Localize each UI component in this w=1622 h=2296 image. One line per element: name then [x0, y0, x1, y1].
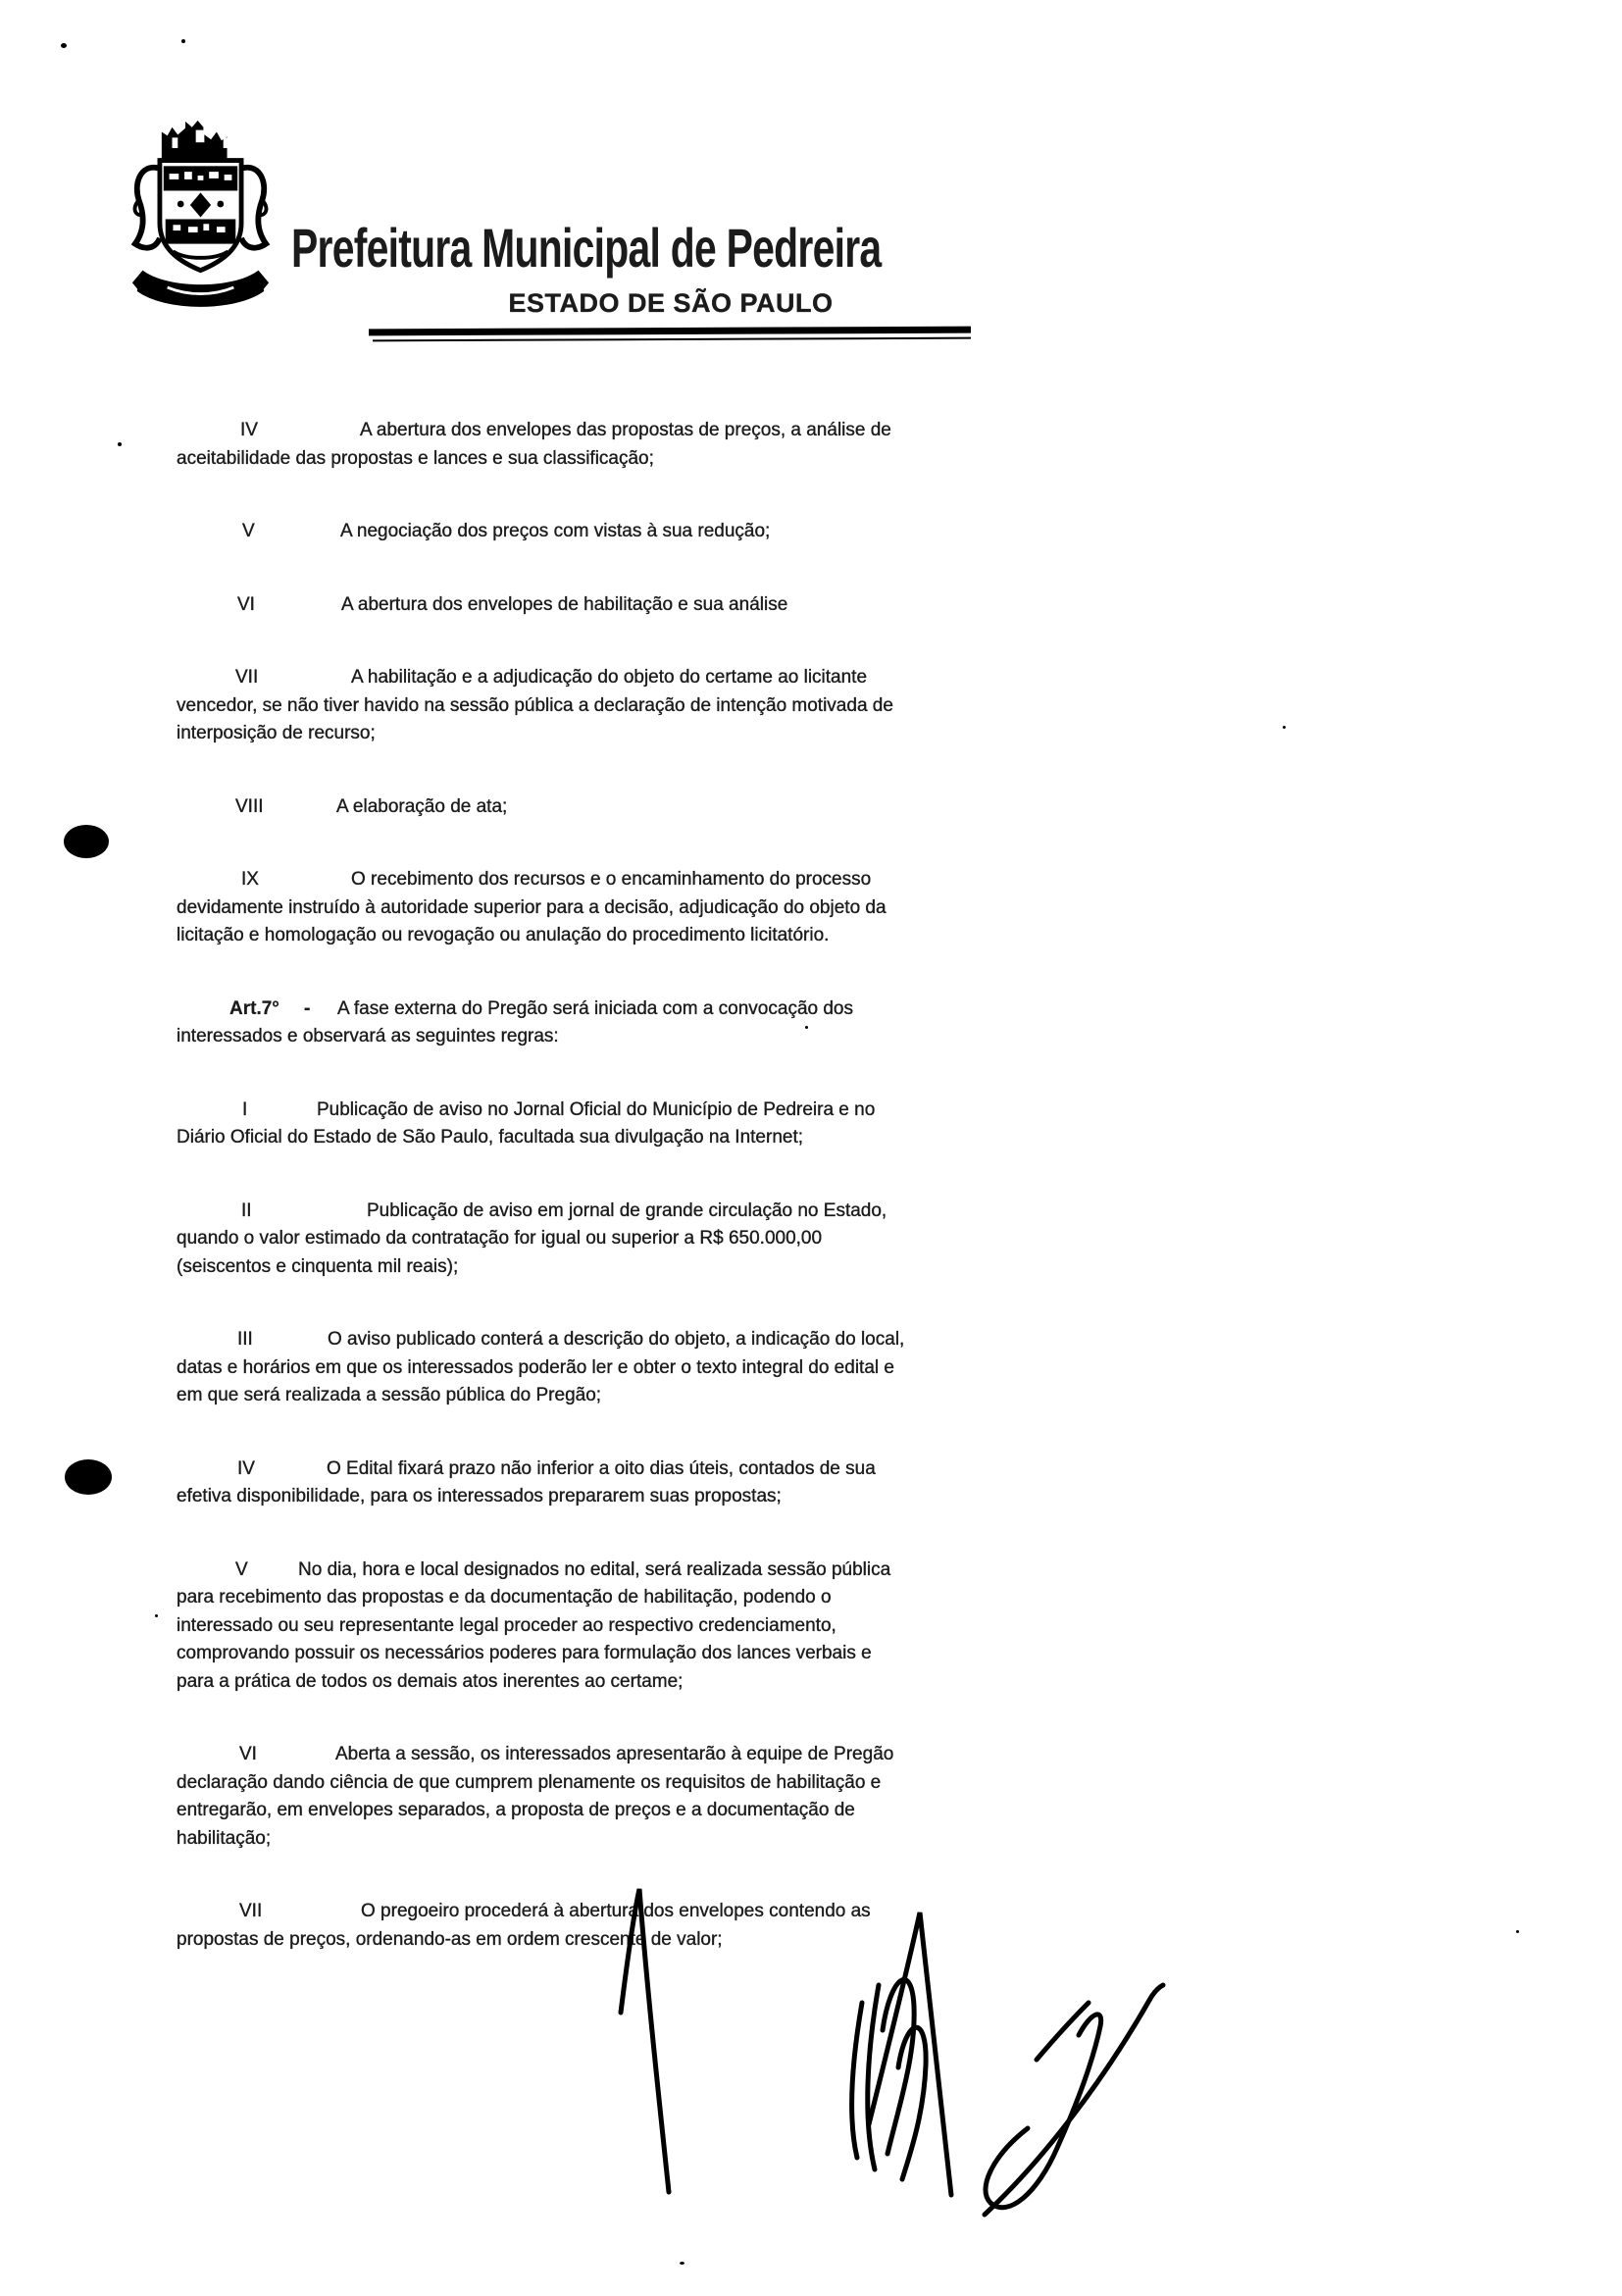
handwritten-signature-right: [985, 1985, 1163, 2215]
scanned-document-page: Prefeitura Municipal de Pedreira ESTADO …: [0, 0, 1622, 2296]
signatures-overlay: [0, 0, 1622, 2296]
handwritten-signature-left: [621, 1889, 951, 2195]
